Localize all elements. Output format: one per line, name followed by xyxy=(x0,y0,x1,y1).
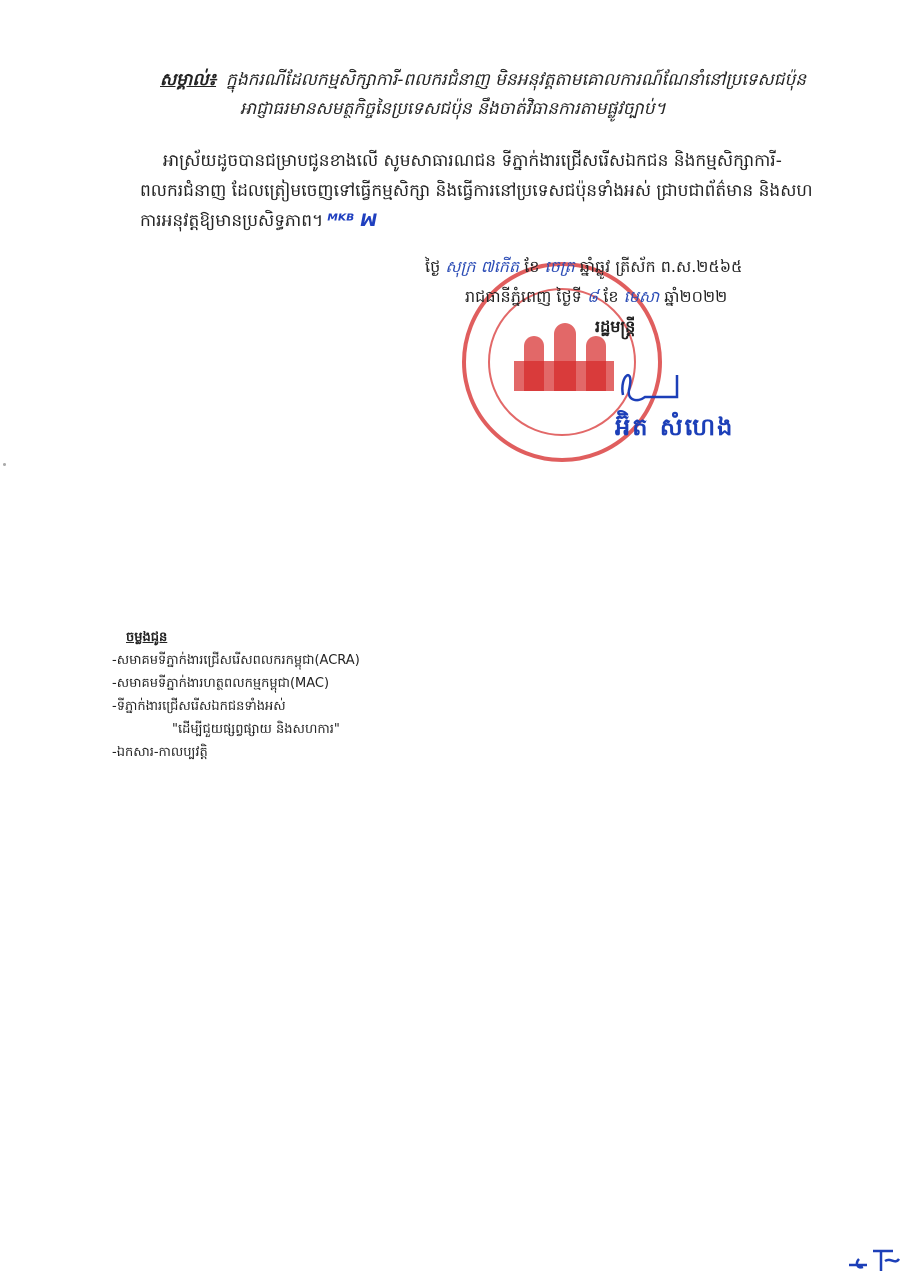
paragraph-line-3-wrap: ការអនុវត្តឱ្យមានប្រសិទ្ធភាព។ᴹᴷᴮ ꟽ xyxy=(140,206,853,236)
lunar-day-handwritten: សុក្រ ៧កើត xyxy=(445,257,519,276)
signature-mark xyxy=(615,365,685,405)
paragraph-line-1: អាស្រ័យដូចបានជម្រាបជូនខាងលើ សូមសាធារណជន … xyxy=(163,151,782,171)
paragraph-line-2: ពលករជំនាញ ដែលត្រៀមចេញទៅធ្វើកម្មសិក្សា និ… xyxy=(140,176,853,206)
note-line-1: ក្នុងករណីដែលកម្មសិក្សាការី-ពលករជំនាញ មិន… xyxy=(226,70,806,90)
lunar-month-prefix: ខែ xyxy=(524,257,539,276)
cc-title: ចម្លងជូន xyxy=(112,626,360,649)
scan-speck xyxy=(3,463,6,466)
main-paragraph: អាស្រ័យដូចបានជម្រាបជូនខាងលើ សូមសាធារណជន … xyxy=(163,146,853,236)
place-day-prefix: រាជធានីភ្នំពេញ ថ្ងៃទី xyxy=(465,287,582,306)
cc-block: ចម្លងជូន -សមាគមទីភ្នាក់ងារជ្រើសរើសពលករកម… xyxy=(112,626,360,764)
lunar-day-prefix: ថ្ងៃ xyxy=(425,257,440,276)
month-handwritten: មេសា xyxy=(624,287,660,306)
signatory-title: រដ្ឋមន្ត្រី xyxy=(595,316,635,340)
signatory-name: អ៊ិត សំហេង xyxy=(615,412,734,447)
paragraph-line-3: ការអនុវត្តឱ្យមានប្រសិទ្ធភាព។ xyxy=(140,211,323,231)
cc-item-note: "ដើម្បីជួយផ្សព្វផ្សាយ និងសហការ" xyxy=(112,718,360,741)
note-block: សម្គាល់៖ក្នុងករណីដែលកម្មសិក្សាការី-ពលករជ… xyxy=(160,66,870,124)
month-prefix: ខែ xyxy=(603,287,618,306)
note-line-2: អាជ្ញាធរមានសមត្ថកិច្ចនៃប្រទេសជប៉ុន នឹងចា… xyxy=(160,95,870,124)
cc-item: -សមាគមទីភ្នាក់ងារជ្រើសរើសពលករកម្ពុជា(ACR… xyxy=(112,649,360,672)
handwritten-initials: ᴹᴷᴮ ꟽ xyxy=(327,211,377,231)
page-initials-mark xyxy=(845,1245,900,1275)
date-line-2: រាជធានីភ្នំពេញ ថ្ងៃទី ៨ ខែ មេសា ឆ្នាំ២០២… xyxy=(425,282,742,312)
day-handwritten: ៨ xyxy=(587,287,598,306)
date-block: ថ្ងៃ សុក្រ ៧កើត ខែ ចេត្រ ឆ្នាំឆ្លូវ ត្រី… xyxy=(425,252,742,312)
lunar-year: ឆ្នាំឆ្លូវ ត្រីស័ក ព.ស.២៥៦៥ xyxy=(580,257,743,276)
year: ឆ្នាំ២០២២ xyxy=(664,287,727,306)
cc-item: -ទីភ្នាក់ងារជ្រើសរើសឯកជនទាំងអស់ xyxy=(112,695,360,718)
note-label: សម្គាល់៖ xyxy=(160,70,216,90)
lunar-month-handwritten: ចេត្រ xyxy=(545,257,575,276)
document-page: សម្គាល់៖ក្នុងករណីដែលកម្មសិក្សាការី-ពលករជ… xyxy=(0,0,905,1280)
cc-item: -សមាគមទីភ្នាក់ងារហត្ថពលកម្មកម្ពុជា(MAC) xyxy=(112,672,360,695)
cc-item: -ឯកសារ-កាលប្បវត្តិ xyxy=(112,741,360,764)
